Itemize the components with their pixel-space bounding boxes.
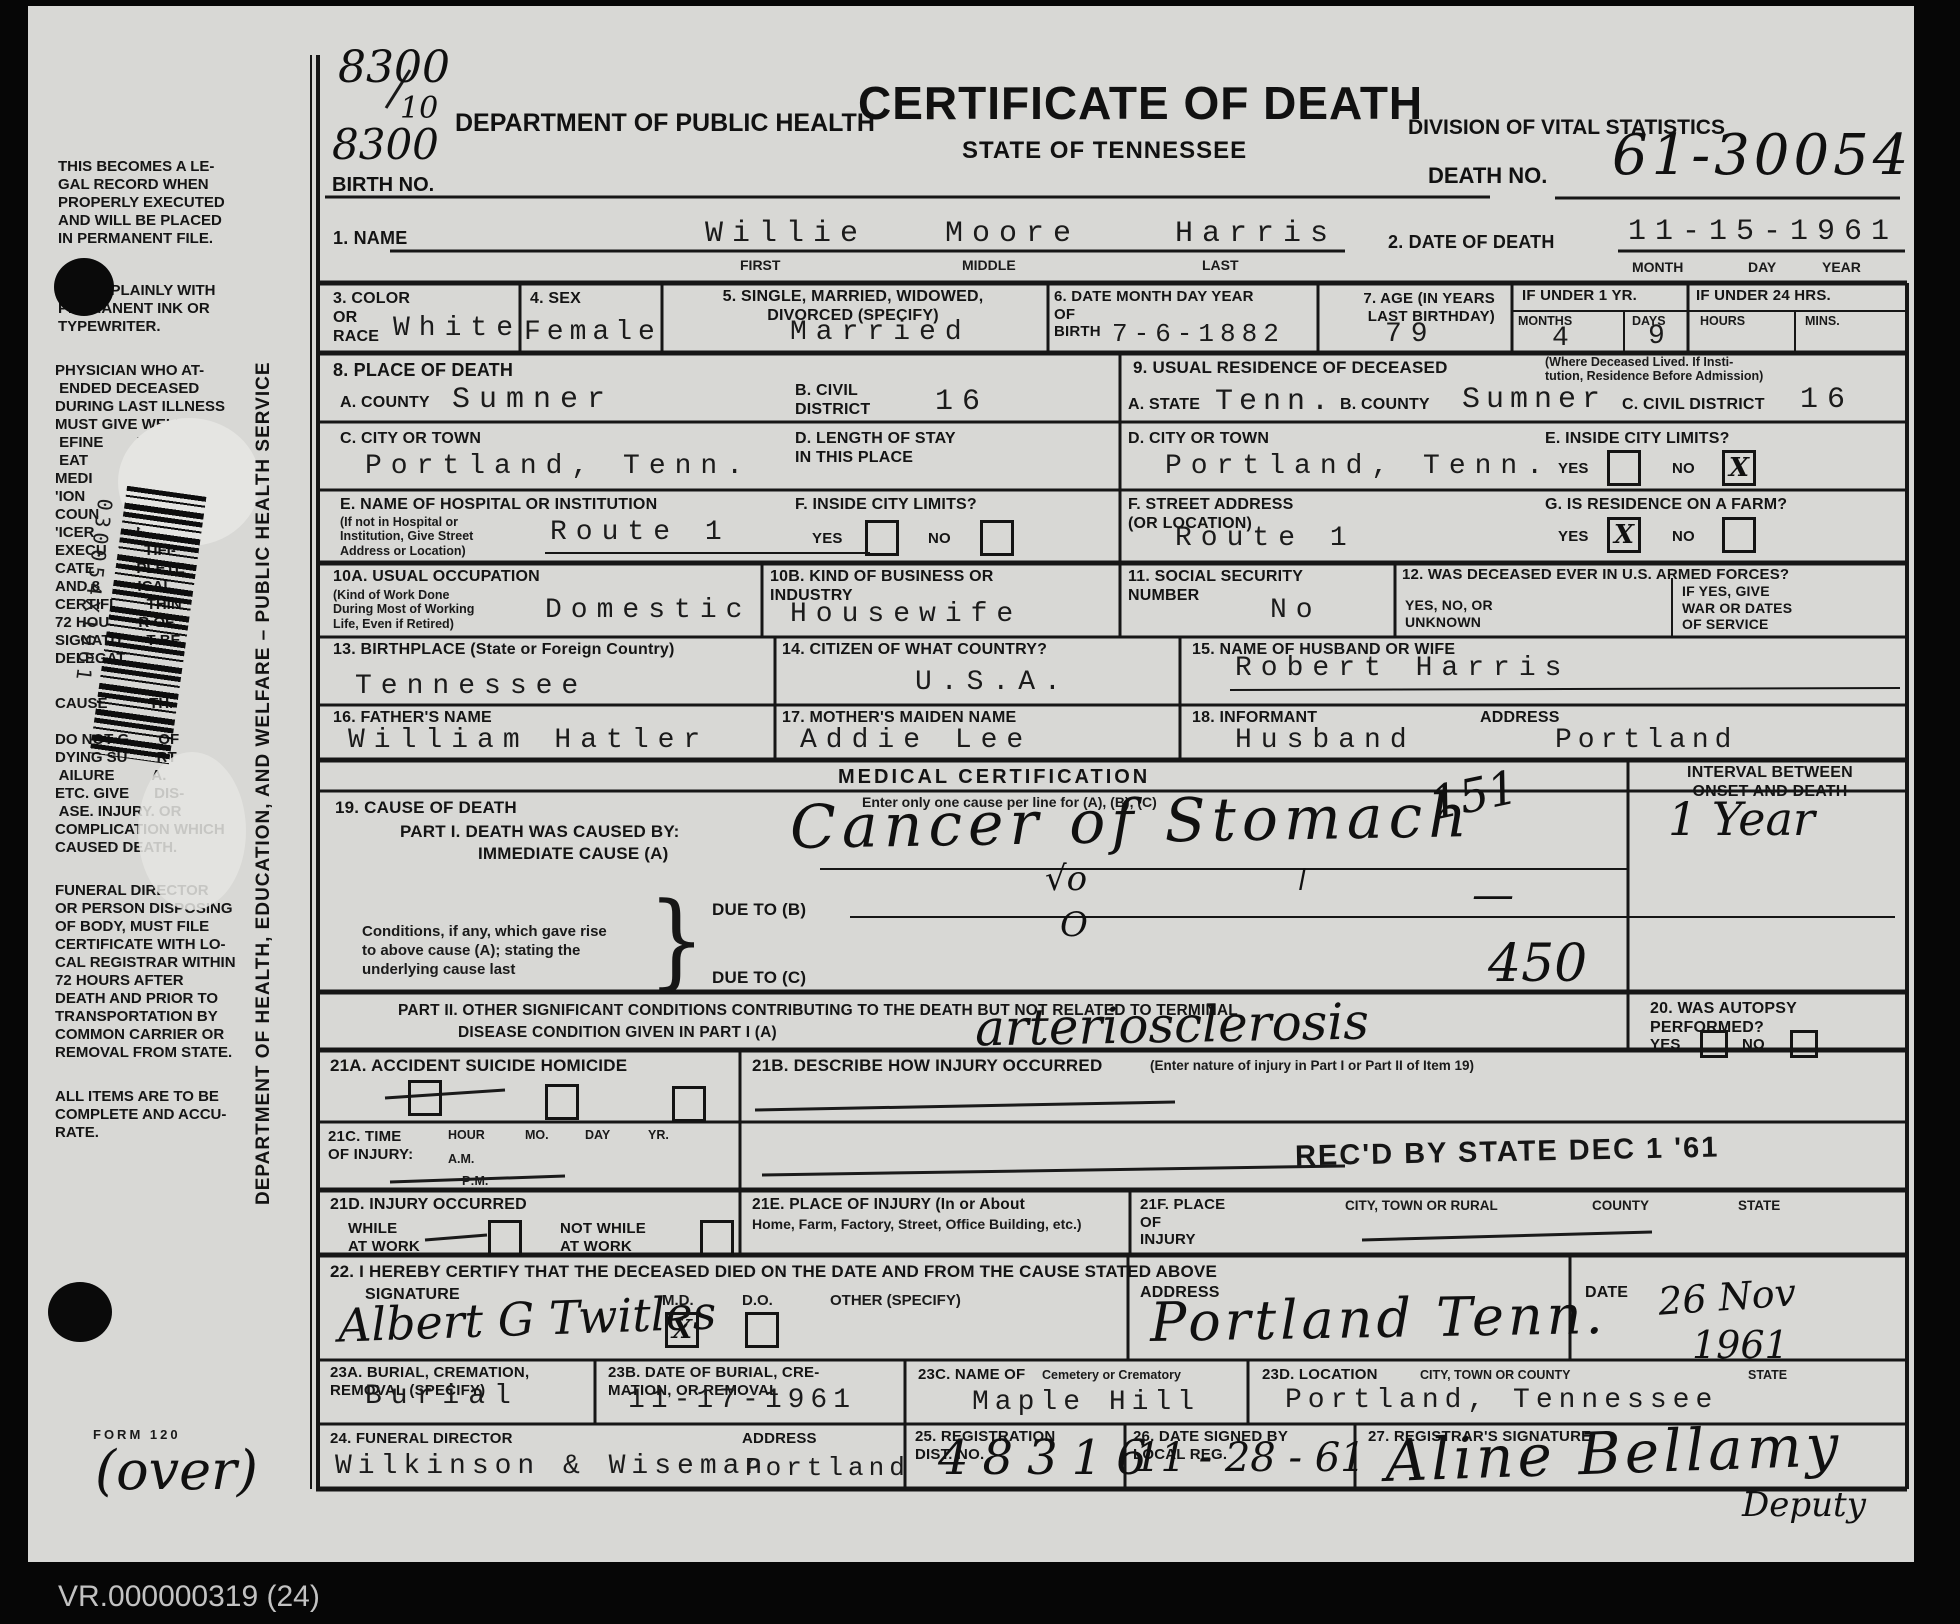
- under-24hrs-label: IF UNDER 24 HRS.: [1696, 287, 1831, 305]
- scanned-death-certificate: THIS BECOMES A LE- GAL RECORD WHEN PROPE…: [0, 0, 1960, 1624]
- pod-hospital-note: (If not in Hospital or Institution, Give…: [340, 515, 473, 558]
- md-label: M.D.: [662, 1292, 694, 1309]
- stray-mark-2: ǀ: [1298, 866, 1307, 896]
- accident-checkbox: [408, 1080, 442, 1116]
- pod-city-label: C. CITY OR TOWN: [340, 430, 481, 449]
- due-to-c-label: DUE TO (C): [712, 968, 806, 988]
- part2-handwriting: arteriosclerosis: [975, 997, 1370, 1054]
- margin-note-legal-record: THIS BECOMES A LE- GAL RECORD WHEN PROPE…: [58, 158, 225, 248]
- injury-21d-label: 21D. INJURY OCCURRED: [330, 1196, 527, 1215]
- date-of-death-label: 2. DATE OF DEATH: [1388, 232, 1555, 253]
- state-label: STATE OF TENNESSEE: [962, 138, 1247, 164]
- day-label: DAY: [585, 1128, 610, 1142]
- injury-21c-label: 21C. TIME OF INJURY:: [328, 1128, 413, 1163]
- f-county-label: COUNTY: [1592, 1198, 1649, 1214]
- father-value: William Hatler: [348, 726, 709, 757]
- death-no-value: 61-30054: [1612, 128, 1912, 184]
- certificate-title: CERTIFICATE OF DEATH: [858, 78, 1423, 129]
- autopsy-yes-label: YES: [1650, 1036, 1681, 1054]
- conditions-note: Conditions, if any, which gave rise to a…: [362, 922, 607, 979]
- industry-value: Housewife: [790, 600, 1022, 631]
- res-city-limits-no-checkbox: X: [1722, 450, 1756, 486]
- margin-note-complete: ALL ITEMS ARE TO BE COMPLETE AND ACCU- R…: [55, 1088, 226, 1142]
- armed-forces-sub2: IF YES, GIVE WAR OR DATES OF SERVICE: [1682, 583, 1792, 633]
- injury-21b-label: 21B. DESCRIBE HOW INJURY OCCURRED: [752, 1056, 1102, 1076]
- armed-forces-label: 12. WAS DECEASED EVER IN U.S. ARMED FORC…: [1402, 566, 1902, 584]
- over-note-handwriting: (over): [95, 1444, 258, 1498]
- location-value: Portland, Tennessee: [1285, 1386, 1718, 1417]
- autopsy-no-label: NO: [1742, 1036, 1765, 1054]
- pod-hospital-label: E. NAME OF HOSPITAL OR INSTITUTION: [340, 496, 657, 515]
- month-sublabel: MONTH: [1632, 259, 1683, 275]
- suicide-checkbox: [545, 1084, 579, 1120]
- department-label: DEPARTMENT OF PUBLIC HEALTH: [455, 110, 875, 138]
- location-state-label: STATE: [1748, 1368, 1787, 1382]
- registrar-signature: Aline Bellamy: [1384, 1416, 1843, 1490]
- informant-value: Husband: [1235, 726, 1416, 757]
- res-county-label: B. COUNTY: [1340, 396, 1430, 415]
- pod-yes-label: YES: [812, 530, 843, 548]
- immediate-cause-label: IMMEDIATE CAUSE (A): [478, 844, 668, 864]
- stray-mark-1: √o: [1045, 862, 1087, 896]
- injury-21f-label: 21F. PLACE OF INJURY: [1140, 1196, 1225, 1249]
- homicide-checkbox: [672, 1086, 706, 1122]
- hole-punch-bottom: [48, 1282, 112, 1342]
- stray-mark-3: —: [1472, 874, 1514, 916]
- pod-county-label: A. COUNTY: [340, 394, 430, 413]
- months-value: 4: [1552, 324, 1578, 355]
- whiteout-blob-2: [138, 752, 246, 910]
- not-while-at-work-checkbox: [700, 1220, 734, 1256]
- margin-note-funeral-director: FUNERAL DIRECTOR OR PERSON DISPOSING OF …: [55, 882, 236, 1062]
- occupation-label: 10A. USUAL OCCUPATION: [333, 568, 540, 587]
- do-checkbox: [745, 1312, 779, 1348]
- res-city-limits-label: E. INSIDE CITY LIMITS?: [1545, 430, 1730, 449]
- age-value: 79: [1385, 320, 1437, 351]
- ssn-value: No: [1270, 596, 1322, 627]
- hours-label: HOURS: [1700, 314, 1745, 328]
- yr-label: YR.: [648, 1128, 669, 1142]
- date-signed-value: 11 - 28 - 61: [1135, 1438, 1366, 1478]
- dob-value: 7-6-1882: [1112, 320, 1285, 349]
- sex-value: Female: [524, 318, 661, 349]
- handwritten-scribble: 8300: [338, 46, 450, 90]
- certify-date-line2: 1961: [1692, 1326, 1789, 1364]
- funeral-director-label: 24. FUNERAL DIRECTOR: [330, 1430, 513, 1448]
- hole-punch-top: [54, 258, 114, 316]
- certify-address-handwriting: Portland Tenn.: [1150, 1288, 1608, 1350]
- citizen-label: 14. CITIZEN OF WHAT COUNTRY?: [782, 641, 1047, 660]
- part1-label: PART I. DEATH WAS CAUSED BY:: [400, 822, 680, 842]
- date-of-death-value: 11-15-1961: [1628, 216, 1898, 249]
- mo-label: MO.: [525, 1128, 549, 1142]
- fd-address-value: Portland: [745, 1454, 910, 1483]
- am-label: A.M.: [448, 1152, 474, 1166]
- death-no-label: DEATH NO.: [1428, 164, 1547, 188]
- mother-value: Addie Lee: [800, 726, 1032, 757]
- scan-footer-code: VR.000000319 (24): [58, 1580, 320, 1614]
- autopsy-no-checkbox: [1790, 1030, 1818, 1058]
- cause-a-handwriting: Cancer of Stomach: [790, 786, 1474, 858]
- residence-title-note: (Where Deceased Lived. If Insti- tution,…: [1545, 355, 1763, 384]
- res-state-label: A. STATE: [1128, 396, 1200, 415]
- first-sublabel: FIRST: [740, 257, 780, 273]
- res-district-label: C. CIVIL DISTRICT: [1622, 396, 1765, 415]
- f-state-label: STATE: [1738, 1198, 1780, 1214]
- pod-district-label: B. CIVIL DISTRICT: [795, 382, 870, 420]
- funeral-director-value: Wilkinson & Wiseman: [335, 1452, 768, 1483]
- medical-cert-title: MEDICAL CERTIFICATION: [838, 766, 1150, 790]
- days-value: 9: [1648, 322, 1674, 353]
- part2-label-2: DISEASE CONDITION GIVEN IN PART I (A): [458, 1024, 777, 1042]
- color-race-value: White: [393, 314, 522, 345]
- res-farm-label: G. IS RESIDENCE ON A FARM?: [1545, 496, 1787, 515]
- birth-no-value: 8300: [332, 124, 439, 166]
- name-middle-value: Moore: [945, 218, 1080, 251]
- cemetery-note: Cemetery or Crematory: [1042, 1368, 1181, 1382]
- citizen-value: U.S.A.: [915, 668, 1070, 699]
- location-note: CITY, TOWN OR COUNTY: [1420, 1368, 1570, 1382]
- pod-city-limits-yes-checkbox: [865, 520, 899, 556]
- pod-hospital-value: Route 1: [550, 518, 731, 549]
- other-specify-label: OTHER (SPECIFY): [830, 1292, 961, 1309]
- do-label: D.O.: [742, 1292, 773, 1309]
- res-farm-yes-label: YES: [1558, 528, 1589, 546]
- res-farm-no-checkbox: [1722, 517, 1756, 553]
- stray-mark-4: O: [1060, 908, 1088, 942]
- occupation-value: Domestic: [545, 596, 751, 627]
- armed-forces-sub1: YES, NO, OR UNKNOWN: [1405, 597, 1493, 630]
- injury-21a-label: 21A. ACCIDENT SUICIDE HOMICIDE: [330, 1056, 627, 1076]
- res-city-label: D. CITY OR TOWN: [1128, 430, 1269, 449]
- residence-title: 9. USUAL RESIDENCE OF DECEASED: [1133, 358, 1448, 378]
- cause-of-death-label: 19. CAUSE OF DEATH: [335, 798, 517, 818]
- f-city-label: CITY, TOWN OR RURAL: [1345, 1198, 1498, 1214]
- cemetery-label: 23C. NAME OF: [918, 1366, 1025, 1384]
- physician-signature: Albert G Twitles: [337, 1289, 717, 1348]
- burial-date-value: 11-17-1961: [628, 1386, 856, 1417]
- name-label: 1. NAME: [333, 228, 407, 249]
- burial-value: Burial: [365, 1382, 520, 1413]
- pod-county-value: Sumner: [452, 384, 614, 417]
- year-sublabel: YEAR: [1822, 259, 1861, 275]
- pod-district-value: 16: [935, 386, 989, 419]
- fd-address-label: ADDRESS: [742, 1430, 817, 1448]
- res-county-value: Sumner: [1462, 384, 1606, 417]
- informant-address-label: ADDRESS: [1480, 709, 1560, 728]
- spine-department-text: DEPARTMENT OF HEALTH, EDUCATION, AND WEL…: [254, 285, 273, 1205]
- middle-sublabel: MIDDLE: [962, 257, 1016, 273]
- not-while-at-work-label: NOT WHILE AT WORK: [560, 1220, 646, 1255]
- cemetery-value: Maple Hill: [972, 1388, 1200, 1419]
- autopsy-yes-checkbox: [1700, 1030, 1728, 1058]
- while-at-work-checkbox: [488, 1220, 522, 1256]
- pod-no-label: NO: [928, 530, 951, 548]
- res-farm-no-label: NO: [1672, 528, 1695, 546]
- pm-label: P:M.: [462, 1174, 488, 1188]
- res-state-value: Tenn.: [1215, 386, 1335, 419]
- while-at-work-label: WHILE AT WORK: [348, 1220, 420, 1255]
- certify-statement: 22. I HEREBY CERTIFY THAT THE DECEASED D…: [330, 1262, 1217, 1282]
- res-city-value: Portland, Tenn.: [1165, 452, 1552, 483]
- pod-city-limits-no-checkbox: [980, 520, 1014, 556]
- sex-label: 4. SEX: [530, 290, 581, 309]
- place-of-death-title: 8. PLACE OF DEATH: [333, 360, 513, 381]
- birthplace-value: Tennessee: [355, 672, 587, 703]
- occupation-note: (Kind of Work Done During Most of Workin…: [333, 588, 474, 631]
- pod-city-value: Portland, Tenn.: [365, 452, 752, 483]
- name-last-value: Harris: [1175, 218, 1337, 251]
- due-c-code: 450: [1488, 938, 1587, 990]
- spouse-value: Robert Harris: [1235, 654, 1570, 685]
- res-street-value: Route 1: [1175, 524, 1356, 555]
- res-city-limits-yes-checkbox: [1607, 450, 1641, 486]
- pod-stay-label: D. LENGTH OF STAY IN THIS PLACE: [795, 430, 956, 468]
- due-to-b-label: DUE TO (B): [712, 900, 806, 920]
- marital-value: Married: [790, 318, 971, 349]
- mins-label: MINS.: [1805, 314, 1840, 328]
- res-district-value: 16: [1800, 384, 1854, 417]
- registrar-title-handwriting: Deputy: [1742, 1488, 1866, 1522]
- res-cl-yes-label: YES: [1558, 460, 1589, 478]
- registration-dist-value: 48316: [938, 1434, 1161, 1482]
- injury-21e-note: Home, Farm, Factory, Street, Office Buil…: [752, 1216, 1082, 1232]
- pod-city-limits-label: F. INSIDE CITY LIMITS?: [795, 496, 977, 515]
- day-sublabel: DAY: [1748, 259, 1776, 275]
- location-label: 23D. LOCATION: [1262, 1366, 1378, 1384]
- last-sublabel: LAST: [1202, 257, 1239, 273]
- certify-date-label: DATE: [1585, 1284, 1628, 1303]
- md-checkbox: X: [665, 1312, 699, 1348]
- injury-21b-note: (Enter nature of injury in Part I or Par…: [1150, 1058, 1474, 1074]
- interval-a-handwriting: 1 Year: [1668, 796, 1815, 842]
- certify-date-line1: 26 Nov: [1657, 1273, 1797, 1321]
- name-first-value: Willie: [705, 218, 867, 251]
- under-1yr-label: IF UNDER 1 YR.: [1522, 287, 1637, 305]
- informant-address-value: Portland: [1555, 726, 1737, 757]
- res-cl-no-label: NO: [1672, 460, 1695, 478]
- injury-21e-label: 21E. PLACE OF INJURY (In or About: [752, 1196, 1025, 1214]
- res-farm-yes-checkbox: X: [1607, 517, 1641, 553]
- birth-no-label: BIRTH NO.: [332, 174, 434, 196]
- brace-glyph: }: [648, 889, 705, 993]
- hour-label: HOUR: [448, 1128, 485, 1142]
- birthplace-label: 13. BIRTHPLACE (State or Foreign Country…: [333, 641, 675, 660]
